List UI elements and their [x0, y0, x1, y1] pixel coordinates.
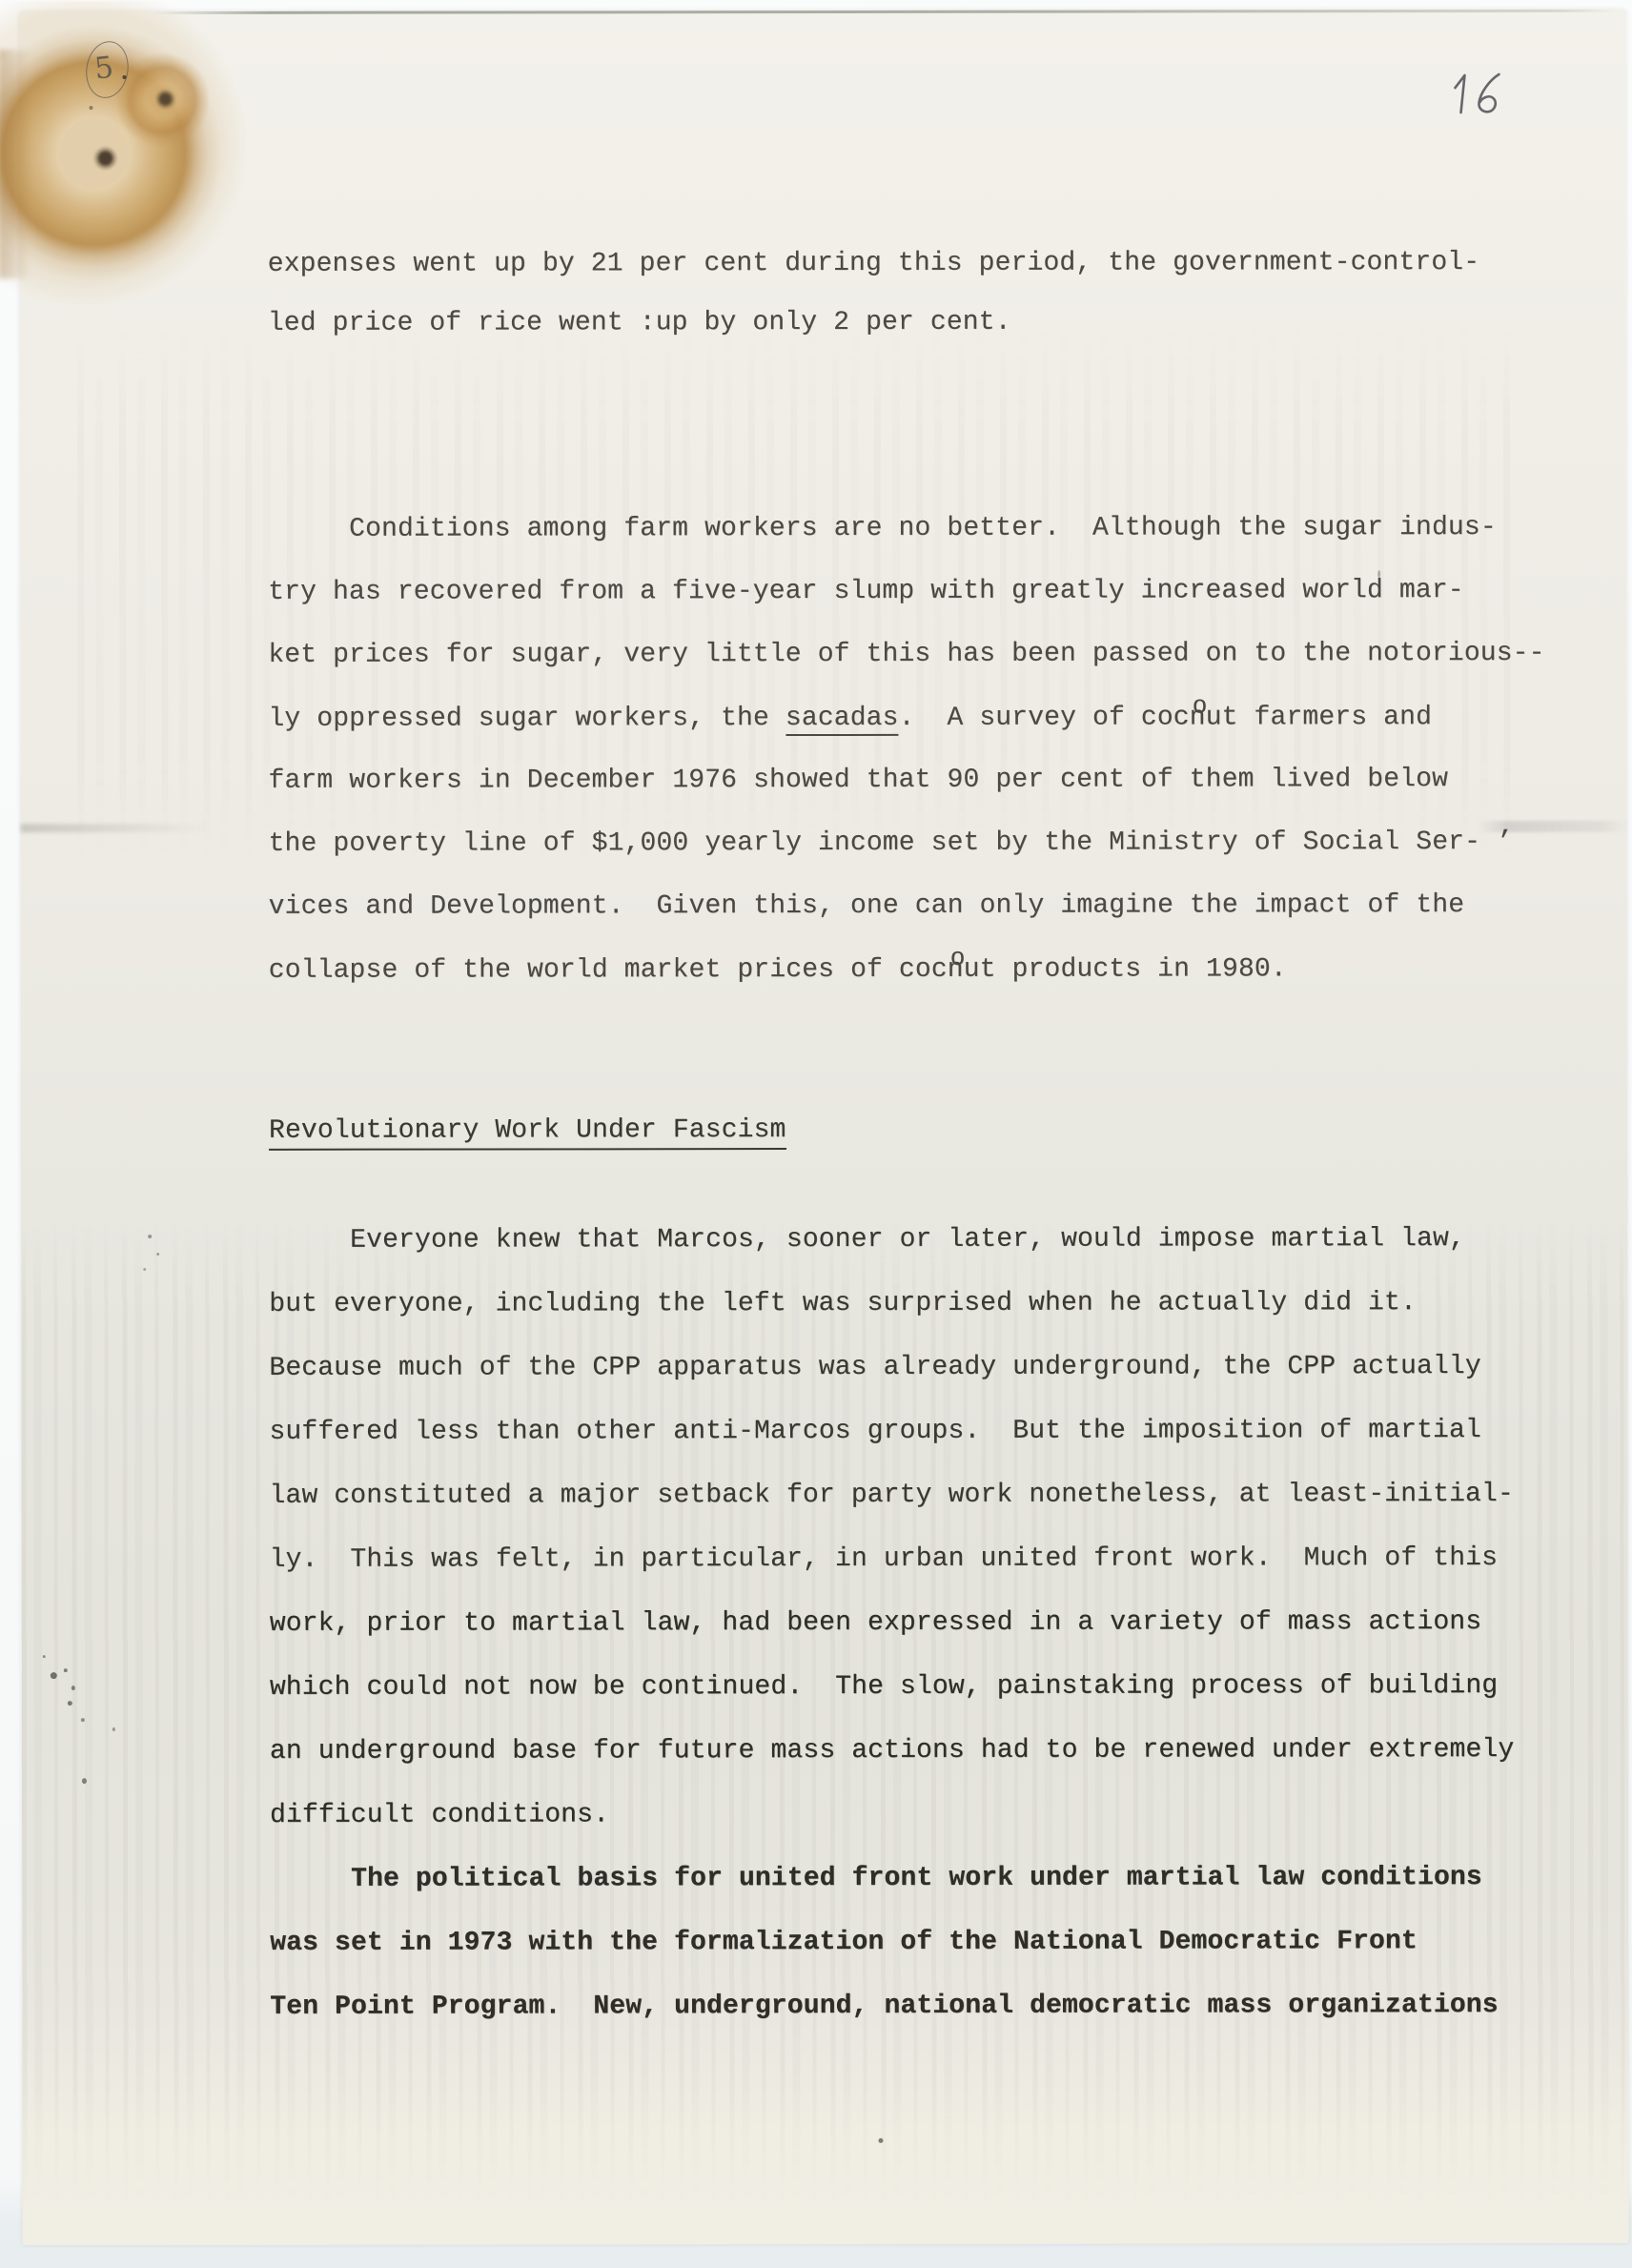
text-line: The political basis for united front wor…: [351, 1862, 1482, 1896]
ink-speck: [43, 1655, 46, 1658]
handwritten-page-number: [1449, 69, 1510, 126]
text-line: was set in 1973 with the formalization o…: [270, 1926, 1418, 1960]
underlined-term: sacadas: [785, 704, 899, 736]
ink-speck: [81, 1718, 85, 1722]
ink-speck: [68, 1701, 72, 1706]
ink-speck: [112, 1727, 115, 1731]
paper-top-edge: [153, 10, 1616, 14]
ink-speck: [122, 75, 126, 79]
text-segment: collapse of the world market prices of c…: [269, 955, 948, 986]
ink-speck: [90, 106, 93, 110]
text-line: led price of rice went :up by only 2 per…: [268, 307, 1011, 340]
text-line: but everyone, including the left was sur…: [269, 1287, 1417, 1321]
handwritten-corner-number: 5: [92, 50, 125, 91]
text-segment: nut products in 1980.: [948, 954, 1287, 984]
text-line: ket prices for sugar, very little of thi…: [268, 638, 1544, 672]
text-line: Conditions among farm workers are no bet…: [349, 512, 1497, 546]
text-line: the poverty line of $1,000 yearly income…: [269, 827, 1513, 861]
text-line: suffered less than other anti-Marcos gro…: [269, 1415, 1481, 1449]
ink-speck: [878, 2138, 883, 2143]
text-line: vices and Development. Given this, one c…: [269, 889, 1465, 924]
ink-speck: [143, 1268, 146, 1271]
text-line: difficult conditions.: [270, 1799, 609, 1831]
text-line: which could not now be continued. The sl…: [270, 1670, 1498, 1705]
text-line: Because much of the CPP apparatus was al…: [269, 1351, 1481, 1385]
ink-speck: [51, 1672, 57, 1679]
text-line: work, prior to martial law, had been exp…: [270, 1606, 1482, 1641]
ink-speck: [148, 1235, 152, 1238]
section-heading-text: Revolutionary Work Under Fascism: [269, 1115, 786, 1151]
text-line: try has recovered from a five-year slump…: [268, 575, 1464, 609]
coffee-stain: [0, 1, 304, 306]
text-segment: . A survey of coc: [899, 703, 1190, 732]
ink-speck: [82, 1778, 87, 1784]
ink-speck: [156, 1253, 159, 1256]
coffee-stain-edge-smear: [0, 50, 31, 278]
ink-speck: [1377, 570, 1380, 578]
document-page: 5 expenses went up by 21 per cent during…: [19, 10, 1628, 2245]
text-line: Everyone knew that Marcos, sooner or lat…: [350, 1223, 1465, 1257]
paper-crease: [21, 824, 212, 832]
text-line-collapse: collapse of the world market prices of c…: [269, 952, 1287, 987]
text-line: an underground base for future mass acti…: [270, 1734, 1514, 1768]
section-heading: Revolutionary Work Under Fascism: [269, 1114, 786, 1148]
ink-speck: [71, 1686, 75, 1690]
text-line: law constituted a major setback for part…: [270, 1479, 1514, 1513]
text-segment: ly oppressed sugar workers, the: [268, 704, 785, 734]
scanned-document: { "annotations": { "page_number": "16", …: [0, 0, 1632, 2268]
text-line: farm workers in December 1976 showed tha…: [268, 764, 1448, 798]
text-line: expenses went up by 21 per cent during t…: [268, 247, 1480, 281]
text-line: ly. This was felt, in particular, in urb…: [270, 1543, 1498, 1577]
text-line-sacadas: ly oppressed sugar workers, the sacadas.…: [268, 701, 1432, 736]
text-segment: nut farmers and: [1190, 703, 1432, 732]
ink-speck: [64, 1668, 68, 1672]
text-line: Ten Point Program. New, underground, nat…: [270, 1990, 1498, 2024]
